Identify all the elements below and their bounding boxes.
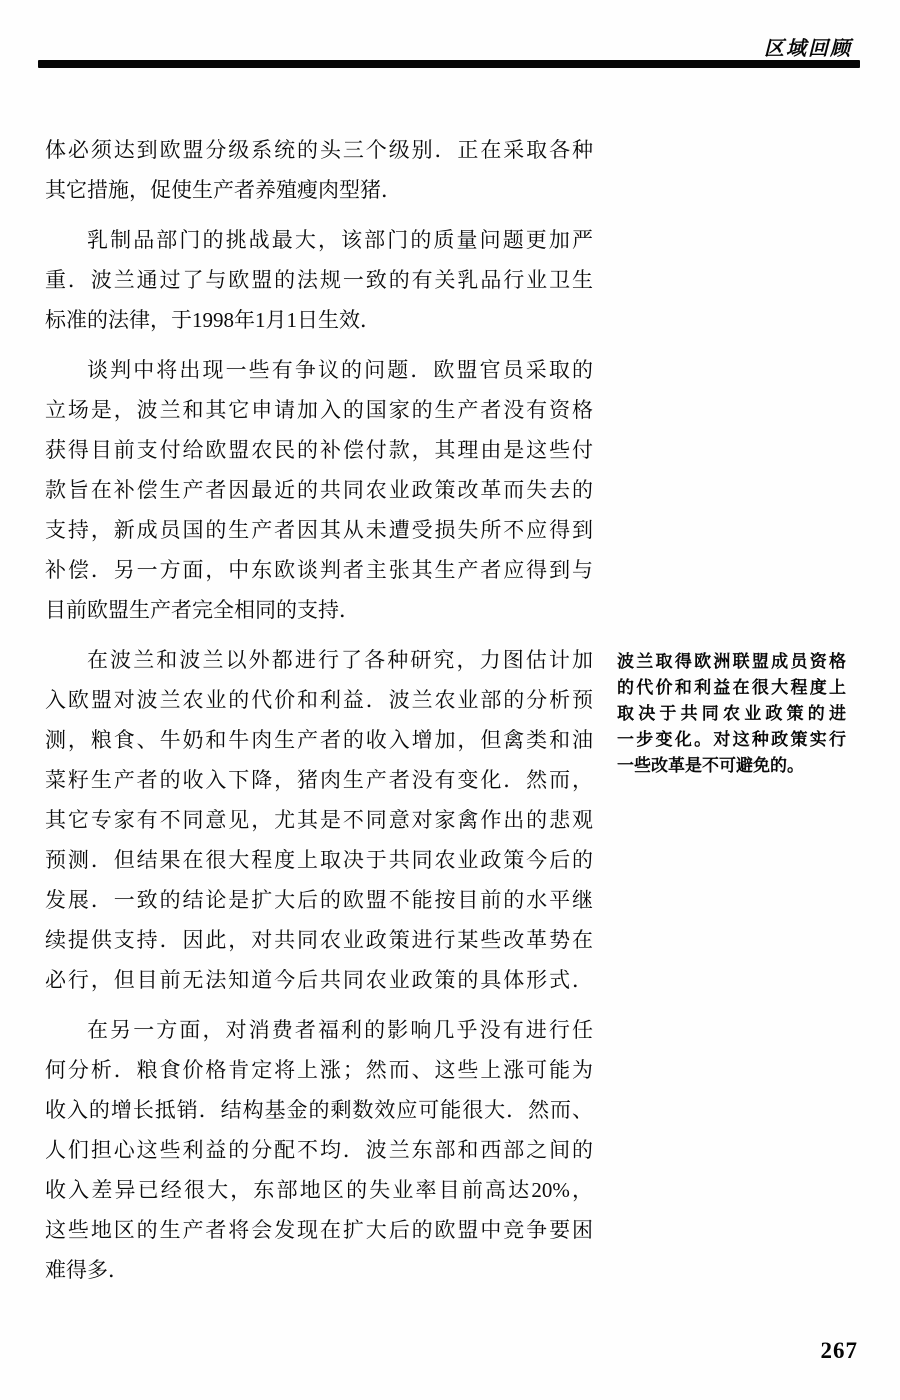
text-line: 款旨在补偿生产者因最近的共同农业政策改革而失去的: [45, 470, 593, 510]
text-line: 重．波兰通过了与欧盟的法规一致的有关乳品行业卫生: [45, 260, 593, 300]
text-line: 收入的增长抵销．结构基金的剩数效应可能很大．然而、: [45, 1090, 593, 1130]
text-line: 这些地区的生产者将会发现在扩大后的欧盟中竞争要困: [45, 1210, 593, 1250]
text-line: 必行，但目前无法知道今后共同农业政策的具体形式．: [45, 960, 593, 1000]
text-line: 发展．一致的结论是扩大后的欧盟不能按目前的水平继: [45, 880, 593, 920]
paragraph: 在波兰和波兰以外都进行了各种研究，力图估计加 入欧盟对波兰农业的代价和利益．波兰…: [45, 640, 593, 1000]
text-line: 测，粮食、牛奶和牛肉生产者的收入增加，但禽类和油: [45, 720, 593, 760]
text-line: 立场是，波兰和其它申请加入的国家的生产者没有资格: [45, 390, 593, 430]
text-line: 菜籽生产者的收入下降，猪肉生产者没有变化．然而，: [45, 760, 593, 800]
running-head: 区域回顾: [764, 32, 852, 61]
text-line: 收入差异已经很大，东部地区的失业率目前高达20%，: [45, 1170, 593, 1210]
text-line: 目前欧盟生产者完全相同的支持．: [45, 590, 593, 630]
text-line: 难得多．: [45, 1250, 593, 1290]
text-line: 在波兰和波兰以外都进行了各种研究，力图估计加: [45, 640, 593, 680]
margin-note-line: 的代价和利益在很大程度上: [617, 675, 846, 701]
page-number: 267: [821, 1338, 859, 1364]
text-line: 预测．但结果在很大程度上取决于共同农业政策今后的: [45, 840, 593, 880]
header-rule: [38, 60, 860, 68]
text-line: 标准的法律，于1998年1月1日生效．: [45, 300, 593, 340]
text-line: 获得目前支付给欧盟农民的补偿付款，其理由是这些付: [45, 430, 593, 470]
margin-note-line: 取决于共同农业政策的进: [617, 701, 846, 727]
text-line: 体必须达到欧盟分级系统的头三个级别．正在采取各种: [45, 130, 593, 170]
paragraph: 乳制品部门的挑战最大，该部门的质量问题更加严 重．波兰通过了与欧盟的法规一致的有…: [45, 220, 593, 340]
paragraph: 体必须达到欧盟分级系统的头三个级别．正在采取各种 其它措施，促使生产者养殖瘦肉型…: [45, 130, 593, 210]
margin-note-line: 一些改革是不可避免的。: [617, 753, 846, 779]
text-line: 乳制品部门的挑战最大，该部门的质量问题更加严: [45, 220, 593, 260]
text-line: 其它专家有不同意见，尤其是不同意对家禽作出的悲观: [45, 800, 593, 840]
text-line: 补偿．另一方面，中东欧谈判者主张其生产者应得到与: [45, 550, 593, 590]
text-line: 谈判中将出现一些有争议的问题．欧盟官员采取的: [45, 350, 593, 390]
text-line: 其它措施，促使生产者养殖瘦肉型猪．: [45, 170, 593, 210]
text-line: 人们担心这些利益的分配不均．波兰东部和西部之间的: [45, 1130, 593, 1170]
paragraph: 在另一方面，对消费者福利的影响几乎没有进行任 何分析．粮食价格肯定将上涨；然而、…: [45, 1010, 593, 1290]
text-line: 续提供支持．因此，对共同农业政策进行某些改革势在: [45, 920, 593, 960]
margin-note: 波兰取得欧洲联盟成员资格 的代价和利益在很大程度上 取决于共同农业政策的进 一步…: [617, 649, 846, 779]
text-line: 支持，新成员国的生产者因其从未遭受损失所不应得到: [45, 510, 593, 550]
text-line: 何分析．粮食价格肯定将上涨；然而、这些上涨可能为: [45, 1050, 593, 1090]
margin-note-line: 波兰取得欧洲联盟成员资格: [617, 649, 846, 675]
margin-note-line: 一步变化。对这种政策实行: [617, 727, 846, 753]
book-page: 区域回顾 体必须达到欧盟分级系统的头三个级别．正在采取各种 其它措施，促使生产者…: [0, 0, 900, 1400]
text-line: 入欧盟对波兰农业的代价和利益．波兰农业部的分析预: [45, 680, 593, 720]
text-line: 在另一方面，对消费者福利的影响几乎没有进行任: [45, 1010, 593, 1050]
body-text: 体必须达到欧盟分级系统的头三个级别．正在采取各种 其它措施，促使生产者养殖瘦肉型…: [45, 130, 593, 1290]
paragraph: 谈判中将出现一些有争议的问题．欧盟官员采取的 立场是，波兰和其它申请加入的国家的…: [45, 350, 593, 630]
